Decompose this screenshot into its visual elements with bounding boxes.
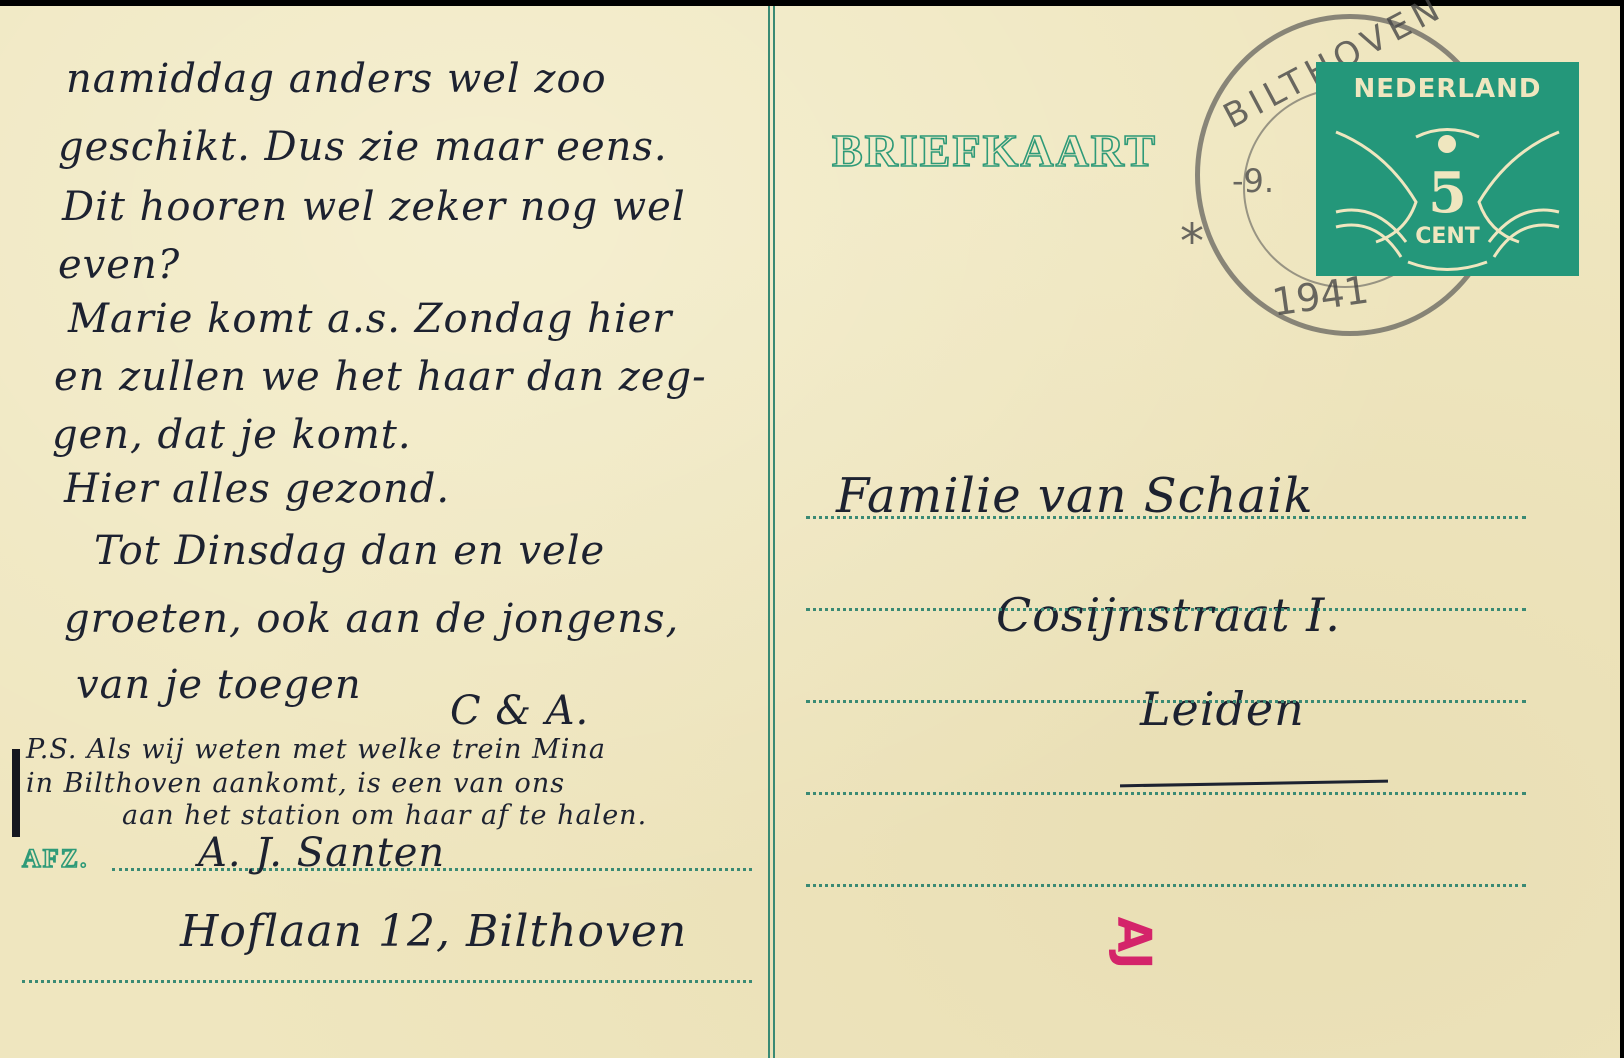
- stamp-value: 5: [1316, 160, 1579, 226]
- sender-line-2: [22, 980, 752, 983]
- address-line-2: [806, 608, 1526, 611]
- card-divider: [768, 6, 775, 1058]
- stamp-unit: CENT: [1316, 224, 1579, 249]
- message-line-11: van je toegen: [76, 662, 362, 708]
- message-line-1: namiddag anders wel zoo: [66, 56, 607, 102]
- city-underline: [1120, 780, 1388, 788]
- postcard: namiddag anders wel zoo geschikt. Dus zi…: [0, 6, 1620, 1058]
- sender-label: AFZ.: [22, 844, 89, 874]
- postscript-line-2: in Bilthoven aankomt, is een van ons: [26, 768, 565, 799]
- sender-address: Hoflaan 12, Bilthoven: [180, 906, 687, 957]
- postscript-margin-bar: [12, 749, 20, 837]
- address-line-1: [806, 516, 1526, 519]
- address-line-3: [806, 700, 1526, 703]
- message-line-4: even?: [58, 242, 180, 288]
- message-line-2: geschikt. Dus zie maar eens.: [58, 124, 668, 170]
- message-line-9: Tot Dinsdag dan en vele: [94, 528, 605, 574]
- message-line-6: en zullen we het haar dan zeg-: [54, 354, 707, 400]
- sender-name: A. J. Santen: [198, 830, 445, 876]
- message-line-7: gen, dat je komt.: [52, 412, 412, 458]
- message-line-3: Dit hooren wel zeker nog wel: [62, 184, 686, 230]
- postmark-date: -9.: [1232, 162, 1274, 200]
- signature-initials: C & A.: [450, 688, 589, 734]
- recipient-city: Leiden: [1140, 682, 1305, 736]
- message-line-10: groeten, ook aan de jongens,: [64, 596, 679, 642]
- postscript-line-3: aan het station om haar af te halen.: [122, 800, 647, 831]
- recipient-street: Cosijnstraat I.: [996, 588, 1341, 642]
- address-line-5: [806, 884, 1526, 887]
- postage-stamp: NEDERLAND 5 CENT: [1316, 62, 1579, 276]
- briefkaart-heading: BRIEFKAART: [832, 124, 1157, 177]
- message-line-8: Hier alles gezond.: [64, 466, 450, 512]
- postscript-line-1: P.S. Als wij weten met welke trein Mina: [26, 734, 606, 765]
- postmark-star: *: [1180, 214, 1204, 270]
- red-pencil-mark: AJ: [1107, 917, 1161, 970]
- message-line-5: Marie komt a.s. Zondag hier: [68, 296, 672, 342]
- address-line-4: [806, 792, 1526, 795]
